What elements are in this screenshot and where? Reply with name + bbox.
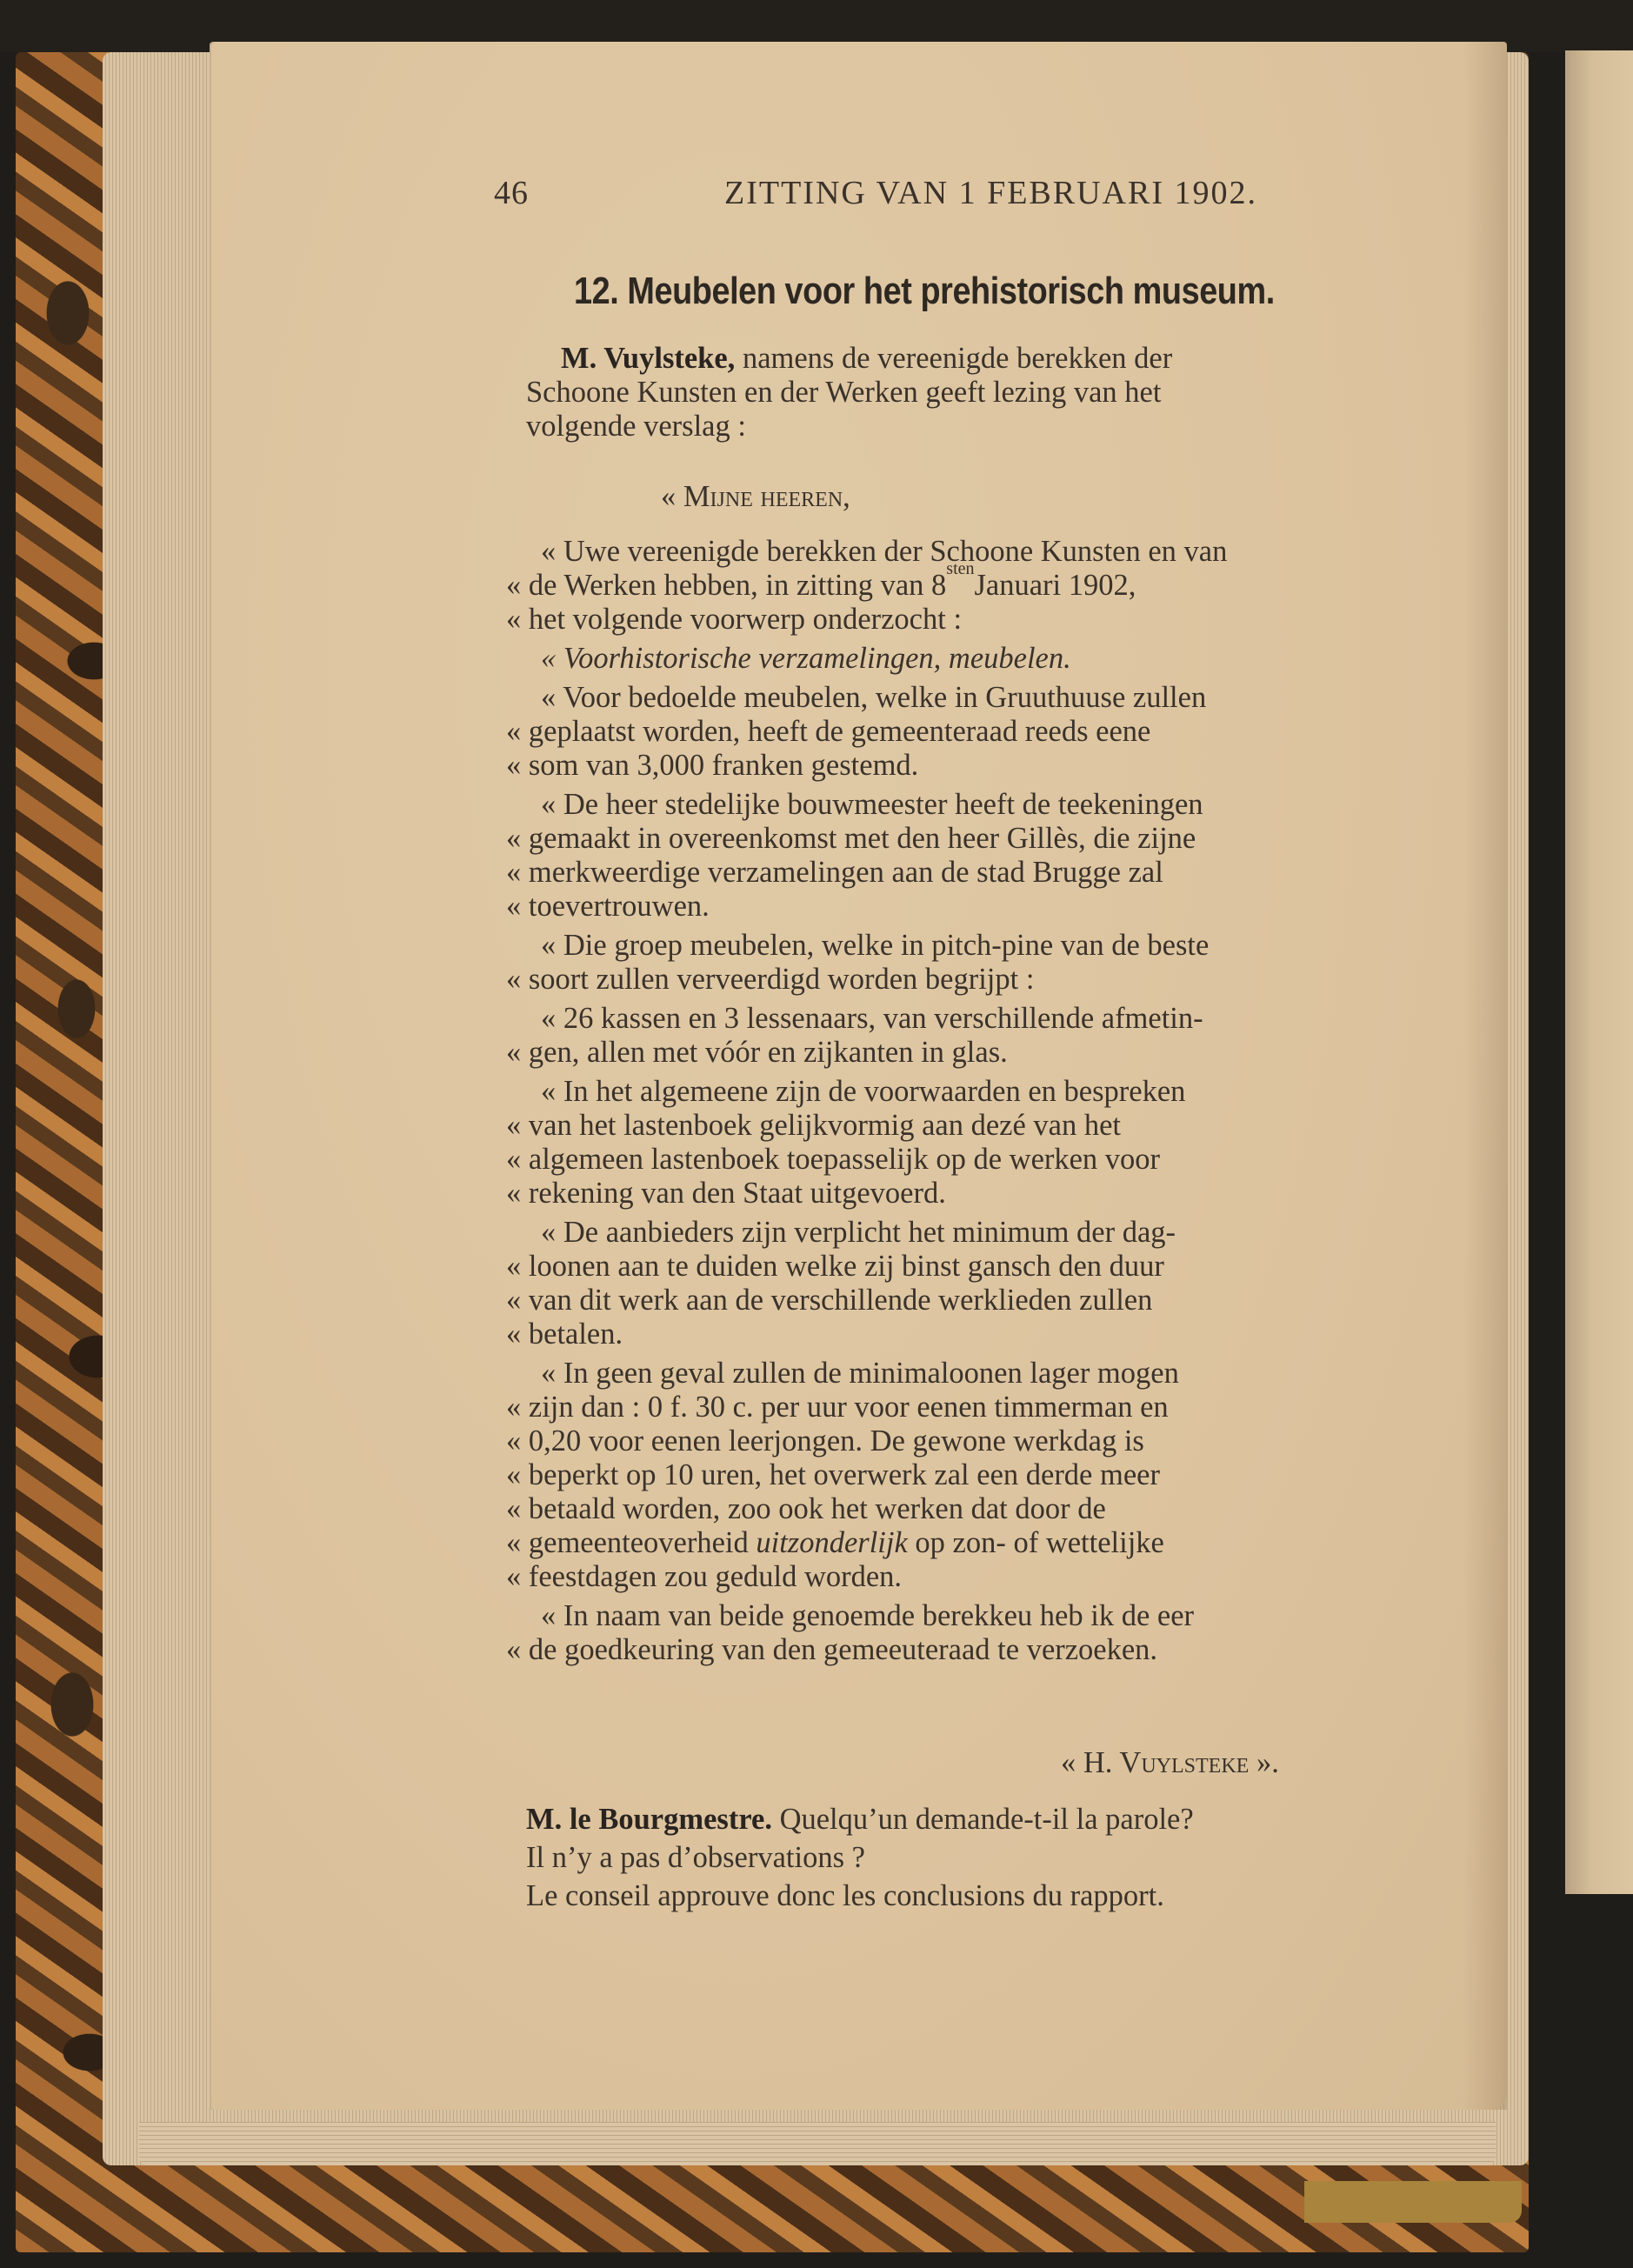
text-span: Quelqu’un demande-t-il la parole? — [780, 1800, 1194, 1838]
text-span: Januari 1902, — [975, 569, 1136, 603]
text-line: « Voor bedoelde meubelen, welke in Gruut… — [506, 681, 1439, 715]
text-line: Le conseil approuve donc les conclusions… — [526, 1877, 1439, 1915]
text-line: « In geen geval zullen de minimaloonen l… — [506, 1357, 1439, 1391]
text-line: « 26 kassen en 3 lessenaars, van verschi… — [506, 1002, 1439, 1036]
italic-word: uitzonderlijk — [756, 1526, 907, 1560]
gutter-shadow — [1463, 42, 1507, 2110]
text-line: M. Vuylsteke, namens de vereenigde berek… — [526, 342, 1439, 376]
text-line: « toevertrouwen. — [506, 890, 1439, 924]
text-line: « van dit werk aan de verschillende werk… — [506, 1284, 1439, 1317]
text-line: volgende verslag : — [526, 410, 1439, 444]
text-line: « soort zullen verveerdigd worden begrij… — [506, 963, 1439, 997]
text-span: op zon- of wettelijke — [915, 1526, 1163, 1560]
intro-paragraph: M. Vuylsteke, namens de vereenigde berek… — [526, 342, 1439, 444]
text-line: « Die groep meubelen, welke in pitch-pin… — [506, 929, 1439, 963]
text-line: « zijn dan : 0 f. 30 c. per uur voor een… — [506, 1391, 1439, 1424]
text-line: « Voorhistorische verzamelingen, meubele… — [506, 642, 1439, 676]
text-line: « het volgende voorwerp onderzocht : — [506, 603, 1439, 637]
text-line: « merkweerdige verzamelingen aan de stad… — [506, 856, 1439, 890]
text-line: Schoone Kunsten en der Werken geeft lezi… — [526, 376, 1439, 410]
running-head: 46 ZITTING VAN 1 FEBRUARI 1902. — [494, 174, 1450, 226]
salutation-text: « Mijne heeren, — [661, 480, 1574, 514]
text-line: M. le Bourgmestre. Quelqu’un demande-t-i… — [526, 1800, 1439, 1838]
salutation: « Mijne heeren, — [661, 480, 1574, 514]
speaker-name: M. le Bourgmestre. — [526, 1800, 772, 1838]
facing-page-edge — [1565, 50, 1633, 1894]
page-stack-bottom-edges — [139, 2122, 1496, 2165]
text-line: « rekening van den Staat uitgevoerd. — [506, 1177, 1439, 1211]
superscript: sten — [946, 569, 974, 603]
text-line: « geplaatst worden, heeft de gemeenteraa… — [506, 715, 1439, 749]
text-line: « 0,20 voor eenen leerjongen. De gewone … — [506, 1424, 1439, 1458]
text-line: Il n’y a pas d’observations ? — [526, 1838, 1439, 1877]
text-line: « In het algemeene zijn de voorwaarden e… — [506, 1075, 1439, 1109]
section-heading: 12. Meubelen voor het prehistorisch muse… — [574, 270, 1292, 313]
text-line: « feestdagen zou geduld worden. — [506, 1560, 1439, 1594]
text-line: « betalen. — [506, 1317, 1439, 1351]
text-span: « de Werken hebben, in zitting van 8 — [506, 569, 946, 603]
running-head-title: ZITTING VAN 1 FEBRUARI 1902. — [724, 174, 1257, 212]
text-line: « algemeen lastenboek toepasselijk op de… — [506, 1143, 1439, 1177]
text-span: namens de vereenigde berekken der — [743, 342, 1172, 375]
text-line: « De aanbieders zijn verplicht het minim… — [506, 1216, 1439, 1250]
text-line: « loonen aan te duiden welke zij binst g… — [506, 1250, 1439, 1284]
text-line: « De heer stedelijke bouwmeester heeft d… — [506, 788, 1439, 822]
speaker-name: M. Vuylsteke, — [561, 342, 735, 375]
signature-text: « H. Vuylsteke ». — [1061, 1746, 1409, 1780]
text-line: « betaald worden, zoo ook het werken dat… — [506, 1492, 1439, 1526]
text-line: « de goedkeuring van den gemeeuteraad te… — [506, 1633, 1439, 1667]
text-line: « som van 3,000 franken gestemd. — [506, 749, 1439, 783]
text-line: « In naam van beide genoemde berekkeu he… — [506, 1599, 1439, 1633]
text-line: « gemaakt in overeenkomst met den heer G… — [506, 822, 1439, 856]
text-line: « beperkt op 10 uren, het overwerk zal e… — [506, 1458, 1439, 1492]
closing-paragraph: M. le Bourgmestre. Quelqu’un demande-t-i… — [526, 1800, 1439, 1915]
page-edge-gilt — [1304, 2181, 1522, 2223]
text-line: « gen, allen met vóór en zijkanten in gl… — [506, 1036, 1439, 1070]
report-body: « Uwe vereenigde berekken der Schoone Ku… — [506, 535, 1439, 1667]
text-line: « de Werken hebben, in zitting van 8sten… — [506, 569, 1439, 603]
text-span: « gemeenteoverheid — [506, 1526, 749, 1560]
signature: « H. Vuylsteke ». — [1061, 1746, 1409, 1780]
page-number: 46 — [494, 174, 529, 212]
text-line: « gemeenteoverheid uitzonderlijk op zon-… — [506, 1526, 1439, 1560]
text-line: « van het lastenboek gelijkvormig aan de… — [506, 1109, 1439, 1143]
